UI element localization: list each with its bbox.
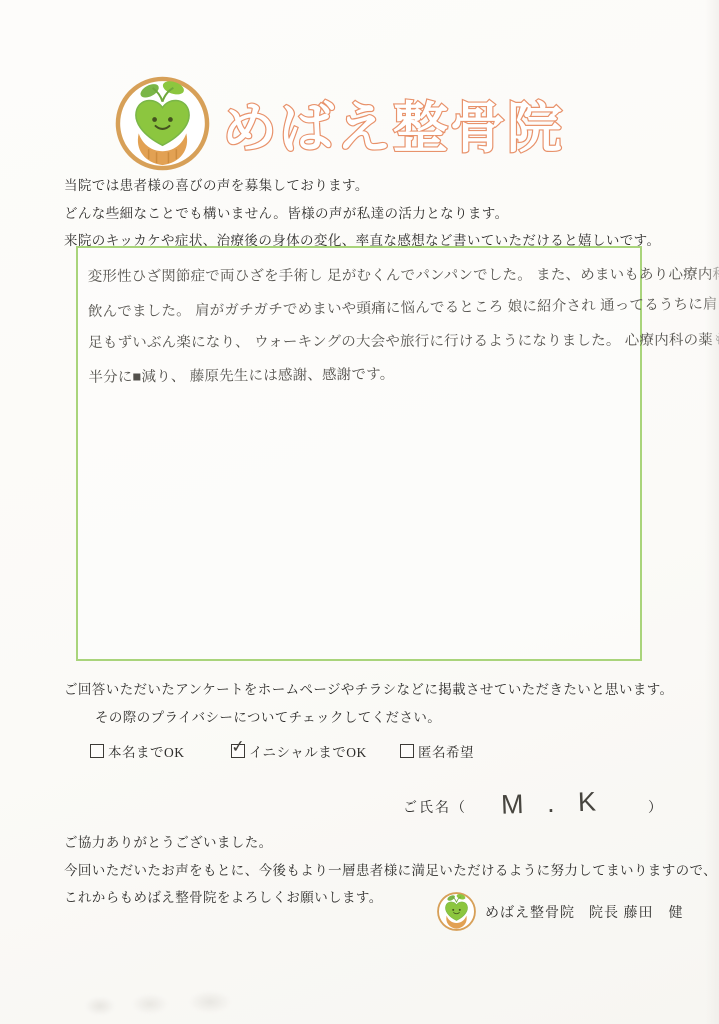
privacy-option-2: 匿名希望 [400, 741, 474, 761]
intro-paragraph: 当院では患者様の喜びの声を募集しております。 どんな些細なことでも構いません。皆… [64, 172, 660, 255]
sprout-hands-logo-icon [113, 74, 212, 173]
clinic-title-text: めばえ整骨院 [222, 97, 564, 159]
name-field: ご氏名（ M . K ） [403, 788, 662, 825]
testimonial-line: 半分に■減り、 藤原先生には感謝、感謝です。 [78, 356, 640, 395]
intro-line-1: 当院では患者様の喜びの声を募集しております。 [64, 172, 660, 200]
footer-signature: めばえ整骨院院長 藤田 健 [436, 891, 684, 932]
privacy-note: ご回答いただいたアンケートをホームページやチラシなどに掲載させていただきたいと思… [64, 676, 673, 731]
testimonial-line: 変形性ひざ関節症で両ひざを手術し 足がむくんでパンパンでした。 また、めまいもあ… [78, 259, 640, 294]
bleed-through-marks [70, 982, 250, 1024]
sprout-hands-logo-icon-small [436, 891, 477, 932]
checkbox-checked-icon [231, 744, 245, 758]
clinic-logo-header: めばえ整骨院 [113, 74, 582, 173]
closing-line-1: ご協力ありがとうございました。 [64, 829, 717, 857]
privacy-note-line-2: その際のプライバシーについてチェックしてください。 [95, 704, 673, 732]
scan-edge-shading [705, 0, 719, 1024]
privacy-option-label: 本名までOK [108, 741, 185, 761]
footer-director-name: 院長 藤田 健 [589, 906, 684, 921]
privacy-option-1: イニシャルまでOK [231, 741, 367, 761]
privacy-option-label: 匿名希望 [418, 741, 474, 761]
name-field-close-paren: ） [648, 797, 662, 817]
checkbox-icon [90, 744, 104, 758]
scanned-questionnaire-page: めばえ整骨院 当院では患者様の喜びの声を募集しております。 どんな些細なことでも… [0, 0, 719, 1024]
testimonial-line: 足もずいぶん楽になり、 ウォーキングの大会や旅行に行けるようになりました。 心療… [78, 325, 640, 360]
feedback-writing-box: 変形性ひざ関節症で両ひざを手術し 足がむくんでパンパンでした。 また、めまいもあ… [76, 246, 642, 661]
name-value-handwritten: M . K [500, 786, 604, 821]
intro-line-2: どんな些細なことでも構いません。皆様の声が私達の活力となります。 [64, 200, 660, 228]
clinic-title: めばえ整骨院 [222, 85, 582, 169]
handwritten-testimonial: 変形性ひざ関節症で両ひざを手術し 足がむくんでパンパンでした。 また、めまいもあ… [78, 246, 641, 394]
footer-text: めばえ整骨院院長 藤田 健 [485, 902, 684, 922]
testimonial-line: 飲んでました。 肩がガチガチでめまいや頭痛に悩んでるところ 娘に紹介され 通って… [78, 290, 640, 330]
privacy-option-0: 本名までOK [90, 741, 185, 761]
name-field-label: ご氏名（ [403, 797, 467, 817]
footer-clinic-name: めばえ整骨院 [485, 906, 575, 921]
closing-line-2: 今回いただいたお声をもとに、今後もより一層患者様に満足いただけるように努力してま… [64, 857, 717, 885]
checkbox-icon [400, 744, 414, 758]
privacy-option-label: イニシャルまでOK [249, 741, 367, 761]
privacy-note-line-1: ご回答いただいたアンケートをホームページやチラシなどに掲載させていただきたいと思… [64, 676, 673, 704]
